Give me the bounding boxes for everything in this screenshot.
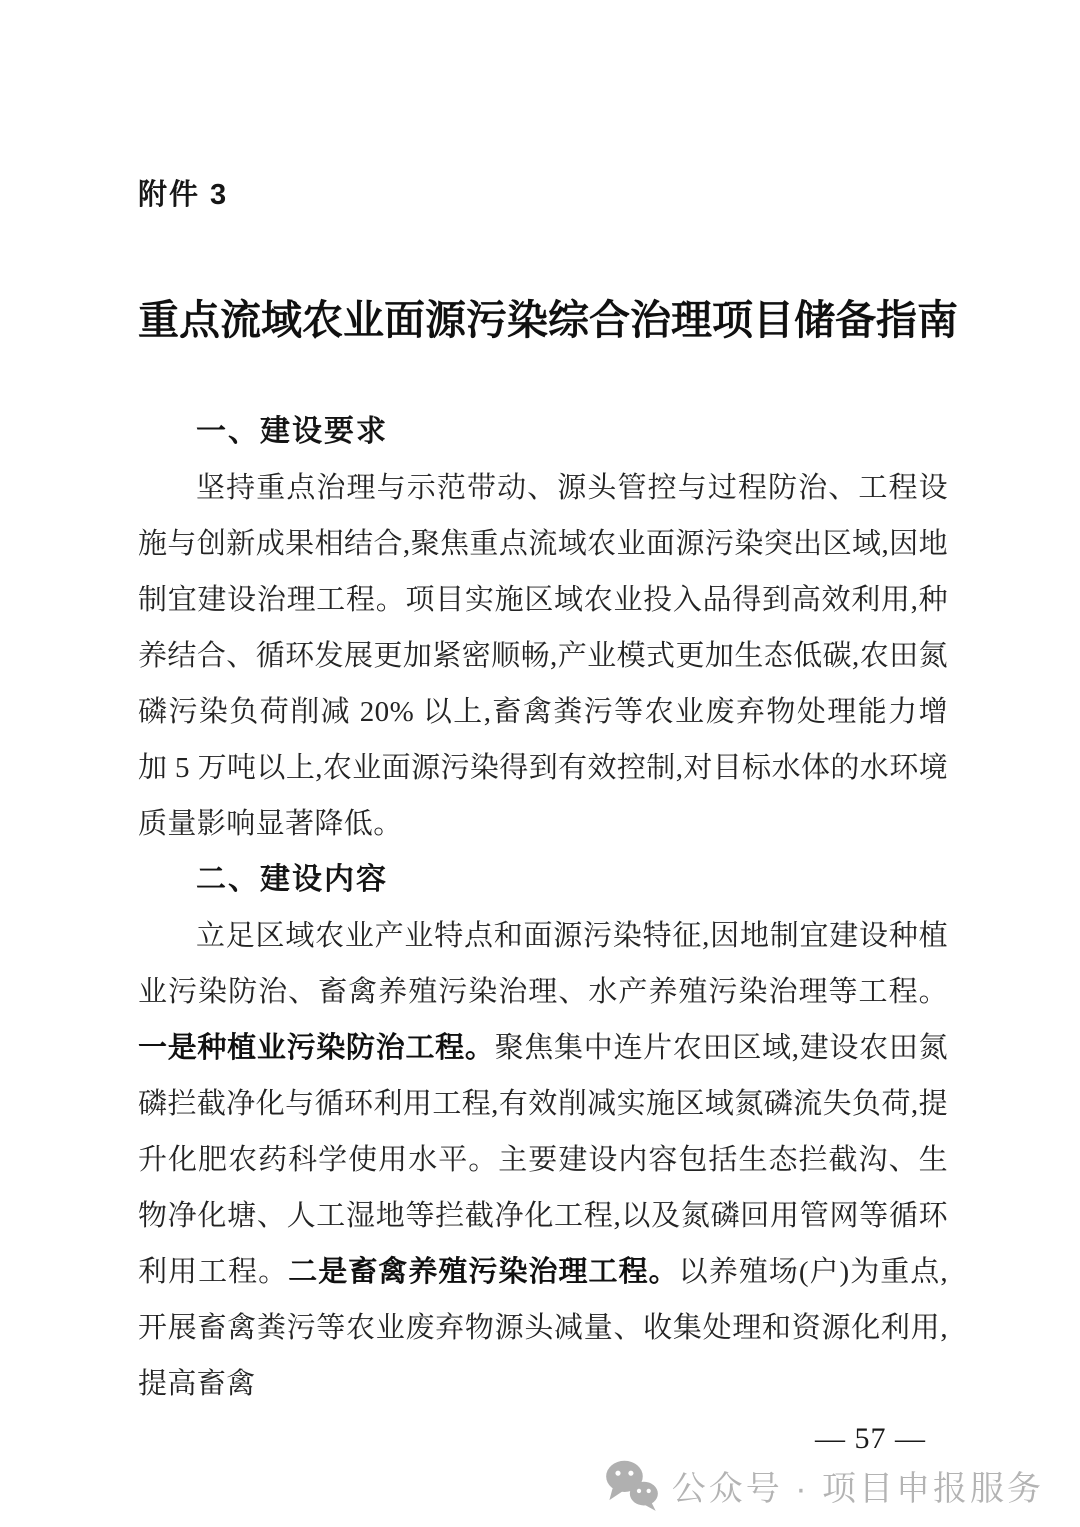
section-construction-requirements: 一、建设要求 坚持重点治理与示范带动、源头管控与过程防治、工程设施与创新成果相结… [138, 404, 948, 852]
text-segment: 坚持重点治理与示范带动、源头管控与过程防治、工程设施与创新成果相结合,聚焦重点流… [138, 472, 948, 840]
page-title: 重点流域农业面源污染综合治理项目储备指南 [138, 287, 948, 346]
bold-text-segment: 二是畜禽养殖污染治理工程。 [288, 1256, 678, 1288]
paragraph: 立足区域农业产业特点和面源污染特征,因地制宜建设种植业污染防治、畜禽养殖污染治理… [138, 908, 948, 1412]
text-segment: 聚焦集中连片农田区域,建设农田氮磷拦截净化与循环利用工程,有效削减实施区域氮磷流… [138, 1032, 948, 1288]
wechat-watermark: 公众号 · 项目申报服务 [604, 1459, 1044, 1511]
wechat-icon [604, 1459, 660, 1511]
section-heading-2: 二、建设内容 [138, 852, 948, 908]
section-heading-1: 一、建设要求 [138, 404, 948, 460]
document-content: 一、建设要求 坚持重点治理与示范带动、源头管控与过程防治、工程设施与创新成果相结… [138, 404, 948, 1412]
page-number: — 57 — [138, 1422, 948, 1456]
section-construction-content: 二、建设内容 立足区域农业产业特点和面源污染特征,因地制宜建设种植业污染防治、畜… [138, 852, 948, 1412]
text-segment: 立足区域农业产业特点和面源污染特征,因地制宜建设种植业污染防治、畜禽养殖污染治理… [138, 920, 948, 1008]
document-page: { "page": { "attachment_label": "附件 3", … [0, 0, 1080, 1527]
bold-text-segment: 一是种植业污染防治工程。 [138, 1032, 495, 1064]
watermark-label: 公众号 · 项目申报服务 [672, 1461, 1044, 1510]
attachment-label: 附件 3 [138, 172, 948, 213]
paragraph: 坚持重点治理与示范带动、源头管控与过程防治、工程设施与创新成果相结合,聚焦重点流… [138, 460, 948, 852]
document-body: 附件 3 重点流域农业面源污染综合治理项目储备指南 一、建设要求 坚持重点治理与… [0, 0, 1080, 1456]
